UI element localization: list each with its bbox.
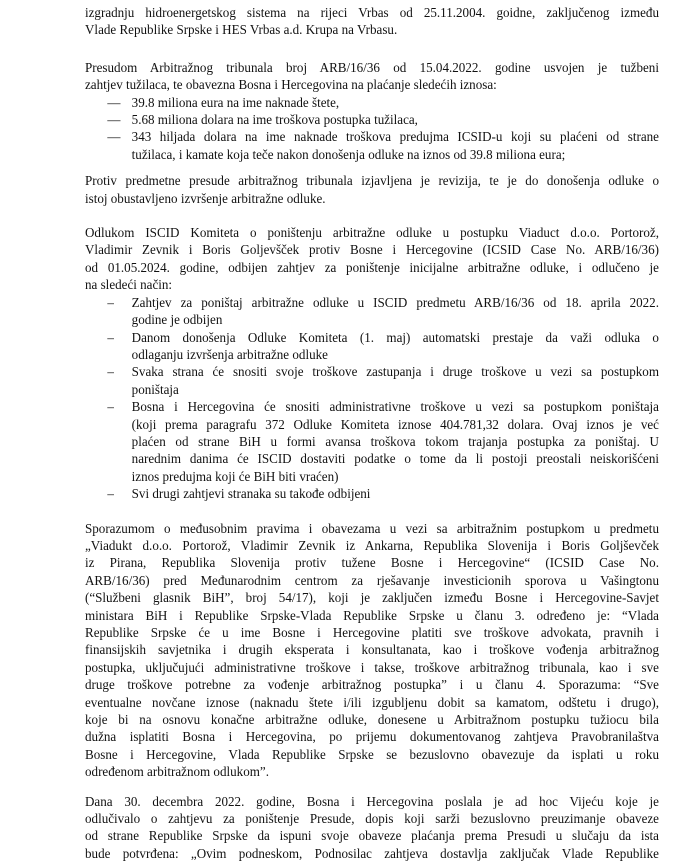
paragraph-continued: Dana 30. decembra 2022. godine, Bosna i … <box>85 794 659 864</box>
text-line: iznos predujma koji će BiH biti vraćen) <box>132 469 659 486</box>
text-line: Vlade Republike Srpske i HES Vrbas a.d. … <box>85 22 659 39</box>
text-line: 5.68 miliona dolara na ime troškova post… <box>132 112 659 129</box>
dash-bullet-marker: – <box>107 486 114 503</box>
text-line: plaćen od strane BiH u formi avansa troš… <box>132 434 659 451</box>
text-line: godine je odbijen <box>132 312 659 329</box>
text-line: Svi drugi zahtjevi stranaka su takođe od… <box>132 486 659 503</box>
em-dash-bullet-marker: — <box>107 129 120 146</box>
text-line: Republike Srpske će u ime Bosne i Herceg… <box>85 625 659 642</box>
list-item: — 343 hiljada dolara na ime naknade troš… <box>85 129 659 164</box>
list-item: – Zahtjev za poništaj arbitražne odluke … <box>85 295 659 330</box>
text-line: narednim danima će ISCID dostaviti podat… <box>132 451 659 468</box>
document-text-column: izgradnju hidroenergetskog sistema na ri… <box>85 5 659 863</box>
paragraph: Presudom Arbitražnog tribunala broj ARB/… <box>85 60 659 95</box>
text-line: Sporazumom o međusobnim pravima i obavez… <box>85 521 659 538</box>
dash-bullet-marker: – <box>107 364 114 381</box>
text-line: odlaganju izvršenja arbitražne odluke <box>132 347 659 364</box>
paragraph: Protiv predmetne presude arbitražnog tri… <box>85 173 659 208</box>
dash-bullet-marker: – <box>107 295 114 312</box>
text-line: dužna isplatiti Bosna i Hercegovina, po … <box>85 729 659 746</box>
dash-bullet-marker: – <box>107 399 114 416</box>
text-line: istoj obustavljeno izvršenje arbitražne … <box>85 191 659 208</box>
text-line: bude potvrđena: „Ovim podneskom, Podnosi… <box>85 846 659 863</box>
text-line: od 01.05.2024. godine, odbijen zahtjev z… <box>85 260 659 277</box>
text-line: Presudom Arbitražnog tribunala broj ARB/… <box>85 60 659 77</box>
text-line: od strane Republike Srpske da ispuni svo… <box>85 828 659 845</box>
text-line: Bosna i Hercegovina će snositi administr… <box>132 399 659 416</box>
text-line: ARB/16/36) pred Međunarodnim centrom za … <box>85 573 659 590</box>
paragraph-fragment: izgradnju hidroenergetskog sistema na ri… <box>85 5 659 40</box>
list-item: — 5.68 miliona dolara na ime troškova po… <box>85 112 659 129</box>
text-line: izgradnju hidroenergetskog sistema na ri… <box>85 5 659 22</box>
text-line: finansijskih savjetnika i drugih ekspera… <box>85 642 659 659</box>
text-line: druge troškove potrebne za vođenje arbit… <box>85 677 659 694</box>
text-line: Danom donošenja Odluke Komiteta (1. maj)… <box>132 330 659 347</box>
text-line: ministara BiH i Republike Srpske-Vlada R… <box>85 608 659 625</box>
em-dash-bullet-marker: — <box>107 112 120 129</box>
dash-bullet-marker: – <box>107 330 114 347</box>
list-item: – Bosna i Hercegovina će snositi adminis… <box>85 399 659 486</box>
document-page: izgradnju hidroenergetskog sistema na ri… <box>0 0 692 865</box>
text-line: Zahtjev za poništaj arbitražne odluke u … <box>132 295 659 312</box>
text-line: Protiv predmetne presude arbitražnog tri… <box>85 173 659 190</box>
list-item: – Svi drugi zahtjevi stranaka su takođe … <box>85 486 659 503</box>
paragraph: Odlukom ISCID Komiteta o poništenju arbi… <box>85 225 659 295</box>
paragraph: Sporazumom o međusobnim pravima i obavez… <box>85 521 659 782</box>
text-line: postupka, uključujući administrativne tr… <box>85 660 659 677</box>
text-line: odlučivalo o zahtjevu za poništenje Pres… <box>85 811 659 828</box>
text-line: Svaka strana će snositi svoje troškove z… <box>132 364 659 381</box>
text-line: 343 hiljada dolara na ime naknade troško… <box>132 129 659 146</box>
em-dash-bullet-marker: — <box>107 95 120 112</box>
text-line: 39.8 miliona eura na ime naknade štete, <box>132 95 659 112</box>
list-item: – Svaka strana će snositi svoje troškove… <box>85 364 659 399</box>
text-line: zahtjev tužilaca, te obavezna Bosna i He… <box>85 77 659 94</box>
text-line: Bosne i Hercegovine, Vlada Republike Srp… <box>85 747 659 764</box>
text-line: iz Pirana, Republika Slovenija protiv tu… <box>85 555 659 572</box>
text-line: (koji prema paragrafu 372 Odluke Komitet… <box>132 417 659 434</box>
text-line: „Viadukt d.o.o. Portorož, Vladimir Zevni… <box>85 538 659 555</box>
text-line: Dana 30. decembra 2022. godine, Bosna i … <box>85 794 659 811</box>
text-line: eventualne novčane iznose (naknadu štete… <box>85 695 659 712</box>
text-line: poništaja <box>132 382 659 399</box>
text-line: Vladimir Zevnik i Boris Goljevšček proti… <box>85 242 659 259</box>
text-line: određenom arbitražnom odlukom”. <box>85 764 659 781</box>
list-item: — 39.8 miliona eura na ime naknade štete… <box>85 95 659 112</box>
text-line: Odlukom ISCID Komiteta o poništenju arbi… <box>85 225 659 242</box>
text-line: tužilaca, i kamate koja teče nakon donoš… <box>132 147 659 164</box>
text-line: koje bi na osnovu konačne arbitražne odl… <box>85 712 659 729</box>
list-item: – Danom donošenja Odluke Komiteta (1. ma… <box>85 330 659 365</box>
text-line: (“Službeni glasnik BiH”, broj 54/17), ko… <box>85 590 659 607</box>
text-line: na sledeći način: <box>85 277 659 294</box>
